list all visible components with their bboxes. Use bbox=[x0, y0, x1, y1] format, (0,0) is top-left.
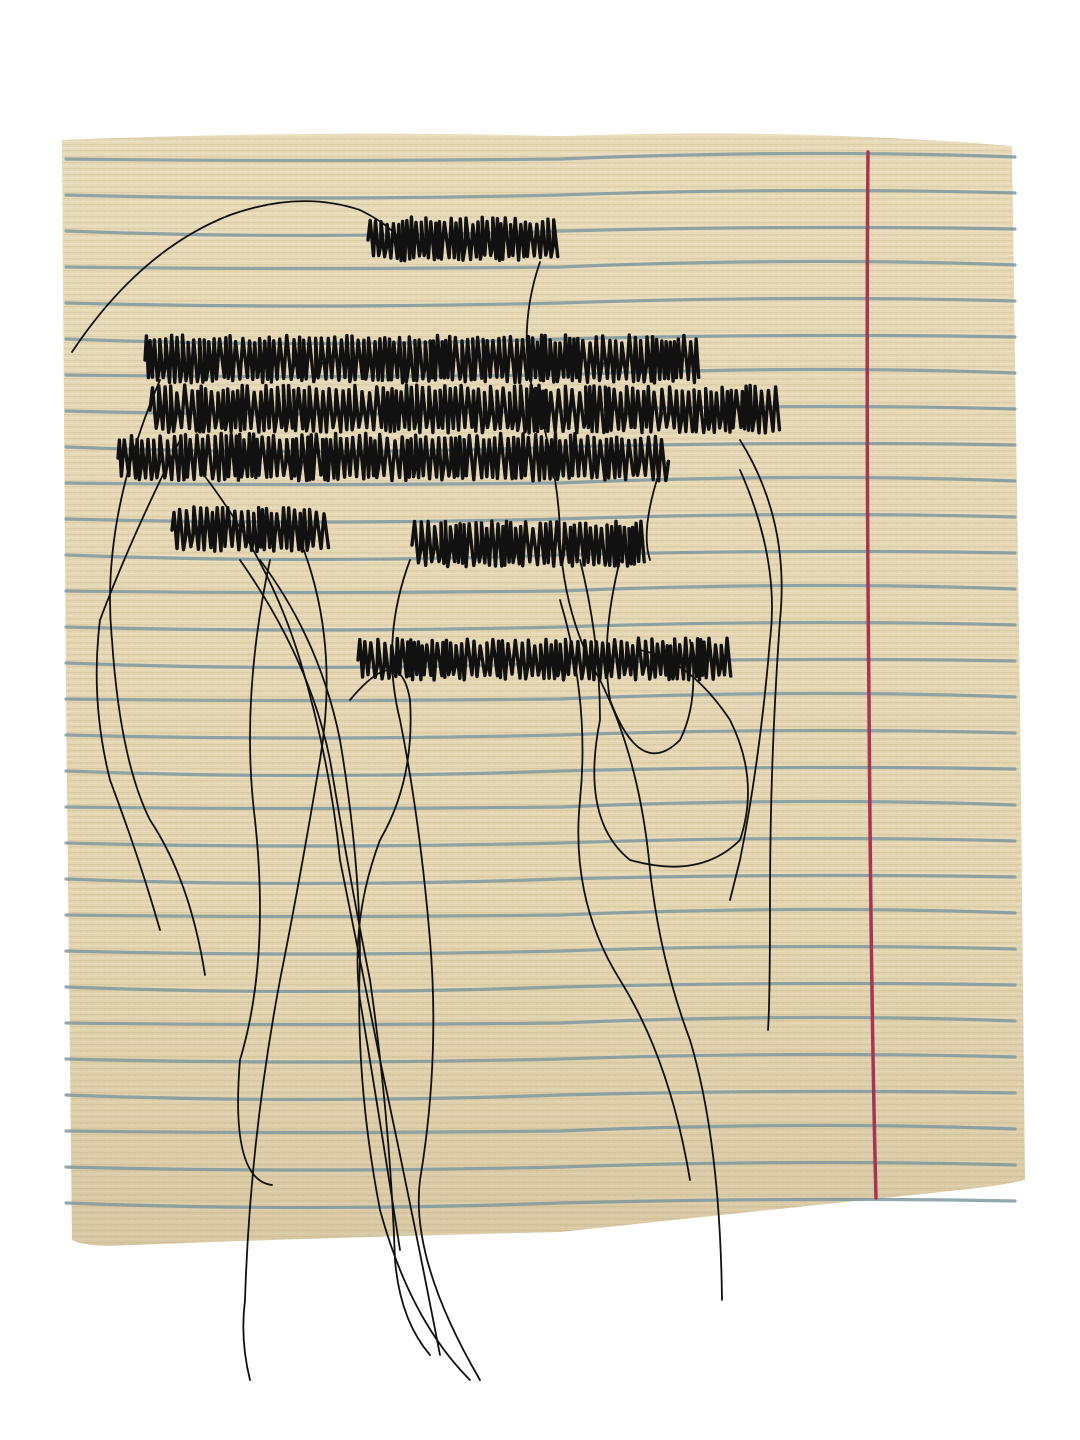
signature-line bbox=[358, 638, 731, 680]
fabric-sheet bbox=[62, 134, 1025, 1246]
embroidered-paper-artwork bbox=[0, 0, 1080, 1440]
